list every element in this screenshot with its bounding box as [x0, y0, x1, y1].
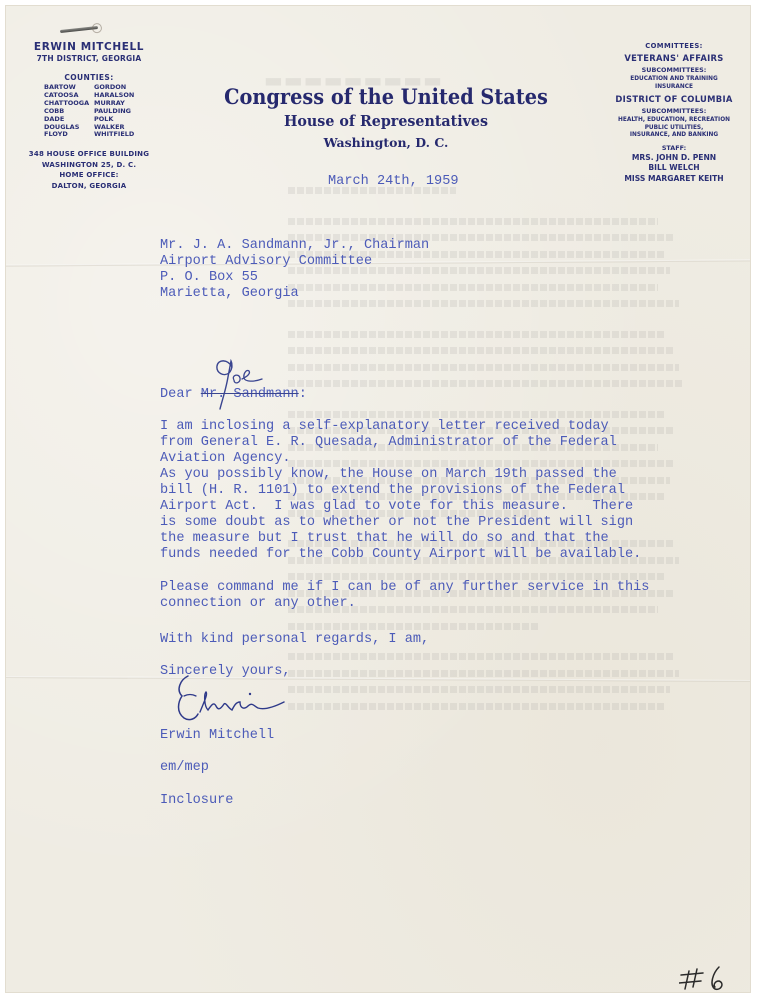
signer-name: Erwin Mitchell: [160, 728, 274, 744]
subcommittee: INSURANCE, AND BANKING: [596, 132, 750, 140]
letter-paragraph: As you possibly know, the House on March…: [160, 467, 641, 563]
county: WHITFIELD: [94, 131, 154, 139]
letter-paragraph: I am inclosing a self-explanatory letter…: [160, 419, 617, 467]
county: FLOYD: [44, 131, 94, 139]
salutation-prefix: Dear: [160, 387, 201, 402]
committee-name: DISTRICT OF COLUMBIA: [596, 94, 750, 104]
member-name: ERWIN MITCHELL: [24, 41, 154, 53]
staff-heading: STAFF:: [596, 144, 750, 152]
reference-initials: em/mep: [160, 760, 209, 776]
salutation-suffix: :: [299, 387, 307, 402]
letter-page: ▬▬▬▬▬▬▬▬▬: [6, 6, 750, 992]
counties-heading: COUNTIES:: [24, 73, 154, 82]
office-address-line: 348 HOUSE OFFICE BUILDING: [24, 149, 154, 160]
letterhead-subtitle: House of Representatives: [201, 112, 572, 130]
letterhead-title: Congress of the United States: [207, 84, 566, 109]
staff-member: BILL WELCH: [596, 163, 750, 173]
home-office-location: DALTON, GEORGIA: [24, 181, 154, 192]
home-office-heading: HOME OFFICE:: [24, 170, 154, 181]
counties-list: BARTOW GORDON CATOOSA HARALSON CHATTOOGA…: [44, 84, 154, 139]
committees-heading: COMMITTEES:: [596, 42, 750, 50]
subcommittee: HEALTH, EDUCATION, RECREATION: [596, 117, 750, 125]
letter-date: March 24th, 1959: [328, 174, 459, 190]
address-line: Airport Advisory Committee: [160, 254, 429, 270]
committee-name: VETERANS' AFFAIRS: [596, 53, 750, 63]
handwritten-page-number: #6: [679, 961, 739, 992]
staff-list: MRS. JOHN D. PENN BILL WELCH MISS MARGAR…: [596, 153, 750, 184]
member-district: 7TH DISTRICT, GEORGIA: [24, 54, 154, 63]
letterhead-title-block: Congress of the United States House of R…: [191, 84, 581, 150]
letterhead-city: Washington, D. C.: [191, 135, 581, 150]
address-line: P. O. Box 55: [160, 270, 429, 286]
office-address-line: WASHINGTON 25, D. C.: [24, 160, 154, 171]
staple: [60, 26, 98, 33]
handwritten-joe-correction: Joe: [198, 357, 268, 412]
address-line: Mr. J. A. Sandmann, Jr., Chairman: [160, 238, 429, 254]
subcommittee: PUBLIC UTILITIES,: [596, 125, 750, 133]
staff-member: MISS MARGARET KEITH: [596, 174, 750, 184]
subcommittees-heading: SUBCOMMITTEES:: [596, 107, 750, 115]
office-address: 348 HOUSE OFFICE BUILDING WASHINGTON 25,…: [24, 149, 154, 191]
subcommittees-heading: SUBCOMMITTEES:: [596, 66, 750, 74]
letterhead-committees: COMMITTEES: VETERANS' AFFAIRS SUBCOMMITT…: [596, 42, 750, 184]
closing-line: With kind personal regards, I am,: [160, 632, 429, 648]
letter-paragraph: Please command me if I can be of any fur…: [160, 580, 649, 612]
handwritten-signature: Erwin: [174, 672, 294, 730]
paper-fold: [6, 676, 750, 682]
subcommittee: EDUCATION AND TRAINING: [596, 76, 750, 84]
staff-member: MRS. JOHN D. PENN: [596, 153, 750, 163]
address-line: Marietta, Georgia: [160, 286, 429, 302]
subcommittee-list: EDUCATION AND TRAINING INSURANCE: [596, 76, 750, 91]
enclosure-notation: Inclosure: [160, 793, 233, 809]
letterhead-member-info: ERWIN MITCHELL 7TH DISTRICT, GEORGIA COU…: [24, 41, 154, 191]
inside-address: Mr. J. A. Sandmann, Jr., ChairmanAirport…: [160, 238, 429, 302]
subcommittee: INSURANCE: [596, 84, 750, 92]
subcommittee-list: HEALTH, EDUCATION, RECREATION PUBLIC UTI…: [596, 117, 750, 140]
